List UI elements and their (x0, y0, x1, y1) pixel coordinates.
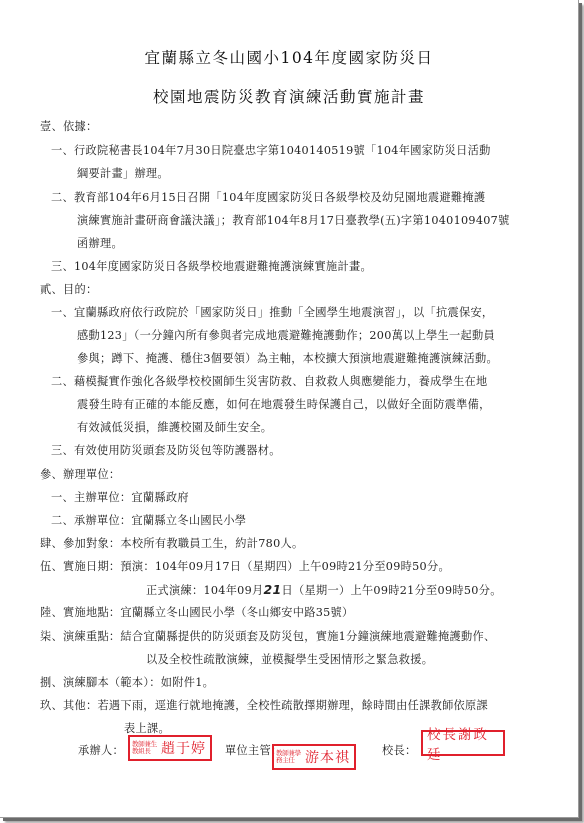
handler-label: 承辦人： (78, 744, 124, 758)
handler-stamp-title: 教師兼生教組長 (132, 741, 160, 756)
principal-label: 校長： (382, 744, 416, 758)
principal-stamp-text: 校長謝政廷 (423, 723, 503, 763)
document-page: 宜蘭縣立冬山國小104年度國家防災日 校園地震防災教育演練活動實施計畫 壹、依據… (0, 0, 579, 818)
section-6: 陸、實施地點：宜蘭縣立冬山國民小學（冬山鄉安中路35號） (40, 606, 354, 620)
official-date-prefix: 正式演練：104年09月 (146, 584, 264, 597)
section-7: 柒、演練重點：結合宜蘭縣提供的防災頭套及防災包，實施1分鐘演練地震避難掩護動作、 (40, 630, 495, 644)
supervisor-stamp-name: 游本祺 (305, 747, 350, 767)
document-title-line1: 宜蘭縣立冬山國小104年度國家防災日 (0, 46, 578, 68)
document-title-line2: 校園地震防災教育演練活動實施計畫 (0, 85, 578, 107)
section-1-item-3: 三、104年度國家防災日各級學校地震避難掩護演練實施計畫。 (51, 260, 372, 274)
section-1-item-2-cont: 演練實施計畫研商會議決議」；教育部104年8月17日臺教學(五)字第104010… (77, 214, 510, 228)
section-2-item-2-cont2: 有效減低災損，維護校園及師生安全。 (77, 421, 272, 435)
section-2-heading: 貳、目的： (40, 283, 97, 297)
handler-stamp: 教師兼生教組長 趙于婷 (128, 735, 212, 761)
official-date-day: 21 (264, 582, 282, 597)
section-2-item-2: 二、藉模擬實作強化各級學校校園師生災害防救、自救救人與應變能力，養成學生在地 (51, 375, 488, 389)
handler-stamp-name: 趙于婷 (161, 738, 206, 758)
section-8: 捌、演練腳本（範本）：如附件1。 (40, 676, 214, 690)
section-5-rehearsal: 伍、實施日期：預演：104年09月17日（星期四）上午09時21分至09時50分… (40, 560, 450, 574)
official-date-suffix: 日（星期一）上午09時21分至09時50分。 (282, 584, 502, 597)
section-3-heading: 參、辦理單位： (40, 468, 120, 482)
section-2-item-2-cont: 震發生時有正確的本能反應，如何在地震發生時保護自己，以做好全面防震準備， (77, 398, 491, 412)
section-2-item-1: 一、宜蘭縣政府依行政院於「國家防災日」推動「全國學生地震演習」，以「抗震保安， (51, 306, 493, 320)
section-1-item-2-cont2: 函辦理。 (77, 237, 123, 251)
section-3-item-1: 一、主辦單位：宜蘭縣政府 (51, 491, 189, 505)
section-2-item-1-cont2: 參與；蹲下、掩護、穩住3個要領）為主軸，本校擴大預演地震避難掩護演練活動。 (77, 352, 498, 366)
supervisor-stamp-title: 教師兼學務主任 (276, 750, 304, 765)
section-5-official: 正式演練：104年09月21日（星期一）上午09時21分至09時50分。 (146, 583, 502, 598)
section-1-heading: 壹、依據： (40, 120, 97, 134)
section-2-item-3: 三、有效使用防災頭套及防災包等防護器材。 (51, 444, 281, 458)
section-4: 肆、參加對象：本校所有教職員工生，約計780人。 (40, 537, 304, 551)
section-1-item-1: 一、行政院秘書長104年7月30日院臺忠字第1040140519號「104年國家… (51, 144, 491, 158)
section-9: 玖、其他：若遇下雨，逕進行就地掩護，全校性疏散擇期辦理，餘時間由任課教師依原課 (40, 699, 488, 713)
principal-stamp: 校長謝政廷 (421, 730, 505, 756)
section-3-item-2: 二、承辦單位：宜蘭縣立冬山國民小學 (51, 514, 246, 528)
section-2-item-1-cont: 感動123」（一分鐘內所有參與者完成地震避難掩護動作；200萬以上學生一起動員 (77, 329, 495, 343)
supervisor-stamp: 教師兼學務主任 游本祺 (272, 744, 356, 770)
section-1-item-1-cont: 綱要計畫」辦理。 (77, 167, 169, 181)
section-1-item-2: 二、教育部104年6月15日召開「104年度國家防災日各級學校及幼兒園地震避難掩… (51, 191, 485, 205)
section-7-cont: 以及全校性疏散演練，並模擬學生受困情形之緊急救援。 (146, 653, 433, 667)
section-9-cont: 表上課。 (124, 722, 170, 736)
